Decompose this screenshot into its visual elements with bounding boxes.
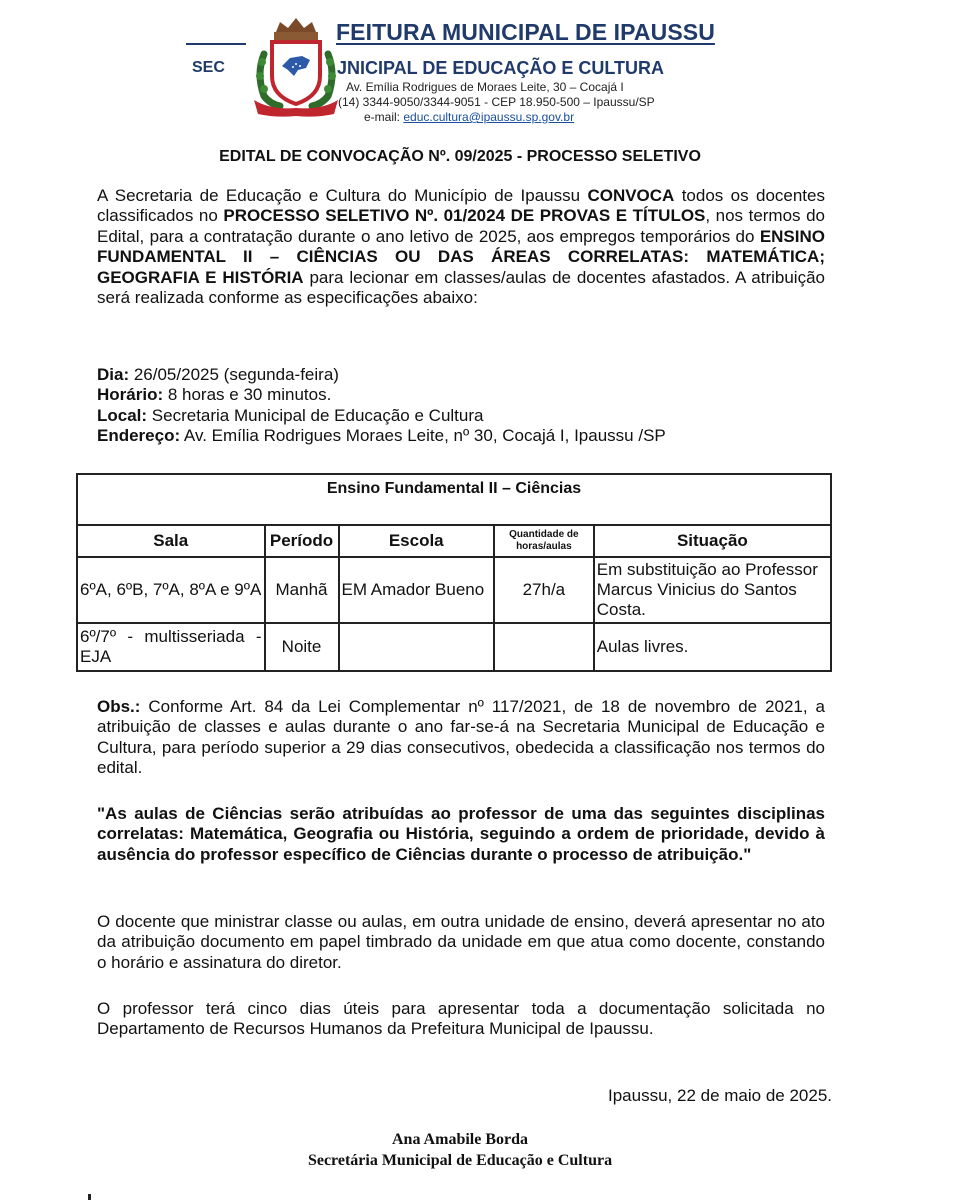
cell-quantidade [494, 623, 594, 671]
detail-label: Horário: [97, 385, 163, 404]
cell-sala: 6º/7º - multisseriada - EJA [77, 623, 265, 671]
letterhead-title: FEITURA MUNICIPAL DE IPAUSSU [336, 19, 715, 46]
detail-value: 8 horas e 30 minutos. [163, 385, 331, 404]
letterhead-subtitle: JNICIPAL DE EDUCAÇÃO E CULTURA [337, 58, 664, 79]
detail-value: Secretaria Municipal de Educação e Cultu… [147, 406, 483, 425]
table-row: 6ºA, 6ºB, 7ºA, 8ºA e 9ºA Manhã EM Amador… [77, 557, 831, 623]
letterhead-address: Av. Emília Rodrigues de Moraes Leite, 30… [346, 80, 624, 94]
letterhead-email-line: e-mail: educ.cultura@ipaussu.sp.gov.br [364, 110, 574, 124]
cell-situacao: Aulas livres. [594, 623, 831, 671]
document-title: EDITAL DE CONVOCAÇÃO Nº. 09/2025 - PROCE… [0, 148, 920, 166]
docente-paragraph: O docente que ministrar classe ou aulas,… [97, 912, 825, 973]
intro-paragraph: A Secretaria de Educação e Cultura do Mu… [97, 186, 825, 308]
cell-situacao: Em substituição ao Professor Marcus Vini… [594, 557, 831, 623]
table-caption: Ensino Fundamental II – Ciências [77, 474, 831, 525]
detail-label: Dia: [97, 365, 129, 384]
quote-paragraph: "As aulas de Ciências serão atribuídas a… [97, 804, 825, 865]
signatory-name: Ana Amabile Borda [0, 1131, 920, 1149]
col-header-escola: Escola [339, 525, 494, 557]
table-row: 6º/7º - multisseriada - EJA Noite Aulas … [77, 623, 831, 671]
detail-day: Dia: 26/05/2025 (segunda-feira) [97, 365, 825, 385]
letterhead-rule [186, 43, 246, 45]
intro-text-1: A Secretaria de Educação e Cultura do Mu… [97, 186, 587, 205]
convocation-details: Dia: 26/05/2025 (segunda-feira) Horário:… [97, 365, 825, 447]
cell-escola: EM Amador Bueno [339, 557, 494, 623]
page-fragment-mark [88, 1194, 91, 1200]
obs-text: Conforme Art. 84 da Lei Complementar nº … [97, 697, 825, 777]
email-label: e-mail: [364, 110, 403, 124]
vacancy-table: Ensino Fundamental II – Ciências Sala Pe… [76, 473, 832, 672]
letterhead-sec-prefix: SEC [192, 59, 225, 77]
col-header-sala: Sala [77, 525, 265, 557]
detail-label: Local: [97, 406, 147, 425]
detail-location: Local: Secretaria Municipal de Educação … [97, 406, 825, 426]
signatory-role: Secretária Municipal de Educação e Cultu… [0, 1152, 920, 1170]
detail-time: Horário: 8 horas e 30 minutos. [97, 385, 825, 405]
col-header-periodo: Período [265, 525, 339, 557]
cell-periodo: Noite [265, 623, 339, 671]
coat-of-arms-icon [250, 14, 342, 122]
intro-bold-convoca: CONVOCA [587, 186, 674, 205]
detail-value: 26/05/2025 (segunda-feira) [129, 365, 339, 384]
table-header-row: Sala Período Escola Quantidade de horas/… [77, 525, 831, 557]
cell-escola [339, 623, 494, 671]
col-header-quantidade: Quantidade de horas/aulas [494, 525, 594, 557]
place-date: Ipaussu, 22 de maio de 2025. [540, 1086, 832, 1106]
cell-quantidade: 27h/a [494, 557, 594, 623]
obs-paragraph: Obs.: Conforme Art. 84 da Lei Complement… [97, 697, 825, 779]
col-header-situacao: Situação [594, 525, 831, 557]
letterhead-phone: (14) 3344-9050/3344-9051 - CEP 18.950-50… [338, 95, 655, 109]
intro-bold-processo: PROCESSO SELETIVO Nº. 01/2024 DE PROVAS … [223, 206, 705, 225]
cell-periodo: Manhã [265, 557, 339, 623]
cell-sala: 6ºA, 6ºB, 7ºA, 8ºA e 9ºA [77, 557, 265, 623]
email-link[interactable]: educ.cultura@ipaussu.sp.gov.br [403, 110, 574, 124]
detail-value: Av. Emília Rodrigues Moraes Leite, nº 30… [180, 426, 666, 445]
professor-paragraph: O professor terá cinco dias úteis para a… [97, 999, 825, 1040]
detail-label: Endereço: [97, 426, 180, 445]
detail-address: Endereço: Av. Emília Rodrigues Moraes Le… [97, 426, 825, 446]
obs-label: Obs.: [97, 697, 140, 716]
